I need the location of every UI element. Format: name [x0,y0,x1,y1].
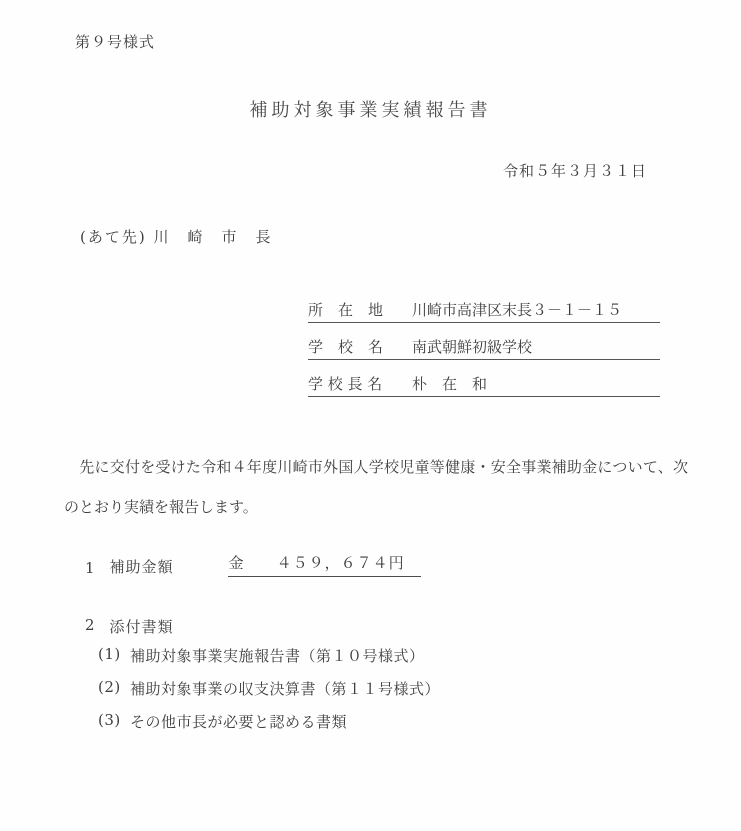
field-value-principal-name: 朴 在 和 [412,373,660,394]
section-2-number: 2 [85,616,95,637]
field-row-principal-name: 学 校 長 名 朴 在 和 [308,360,660,397]
attachment-3-number: (3) [98,711,130,729]
attachments-header: 2 添付書類 [85,616,174,637]
attachment-2-number: (2) [98,678,130,696]
addressee-line: (あて先) 川 崎 市 長 [80,226,272,247]
attachment-item: (1) 補助対象事業実施報告書（第１０号様式） [98,645,440,678]
field-row-address: 所 在 地 川崎市高津区末長３－１－１５ [308,286,660,323]
attachment-2-text: 補助対象事業の収支決算書（第１１号様式） [130,678,440,699]
attachment-1-text: 補助対象事業実施報告書（第１０号様式） [130,645,425,666]
field-label-address: 所 在 地 [308,299,412,320]
section-1-number: 1 [85,559,95,577]
field-row-school-name: 学 校 名 南武朝鮮初級学校 [308,323,660,360]
subsidy-amount-value: 金 ４５９，６７４円 [228,552,421,577]
section-1-label: 補助金額 [110,556,174,577]
field-value-address: 川崎市高津区末長３－１－１５ [412,299,660,320]
signature-field-block: 所 在 地 川崎市高津区末長３－１－１５ 学 校 名 南武朝鮮初級学校 学 校 … [308,286,660,397]
form-number: 第９号様式 [75,31,155,52]
section-2-label: 添付書類 [110,616,174,637]
attachment-item: (3) その他市長が必要と認める書類 [98,711,440,744]
field-label-principal-name: 学 校 長 名 [308,373,412,394]
document-date: 令和５年３月３１日 [503,160,647,181]
body-paragraph: 先に交付を受けた令和４年度川崎市外国人学校児童等健康・安全事業補助金について、次… [64,447,688,527]
document-page: 第９号様式 補助対象事業実績報告書 令和５年３月３１日 (あて先) 川 崎 市 … [0,0,741,831]
subsidy-amount-row: 1 補助金額 金 ４５９，６７４円 [85,552,421,577]
field-value-school-name: 南武朝鮮初級学校 [412,336,660,357]
attachment-item: (2) 補助対象事業の収支決算書（第１１号様式） [98,678,440,711]
document-title: 補助対象事業実績報告書 [0,96,741,122]
field-label-school-name: 学 校 名 [308,336,412,357]
attachment-3-text: その他市長が必要と認める書類 [130,711,347,732]
attachments-list: (1) 補助対象事業実施報告書（第１０号様式） (2) 補助対象事業の収支決算書… [98,645,440,744]
attachment-1-number: (1) [98,645,130,663]
